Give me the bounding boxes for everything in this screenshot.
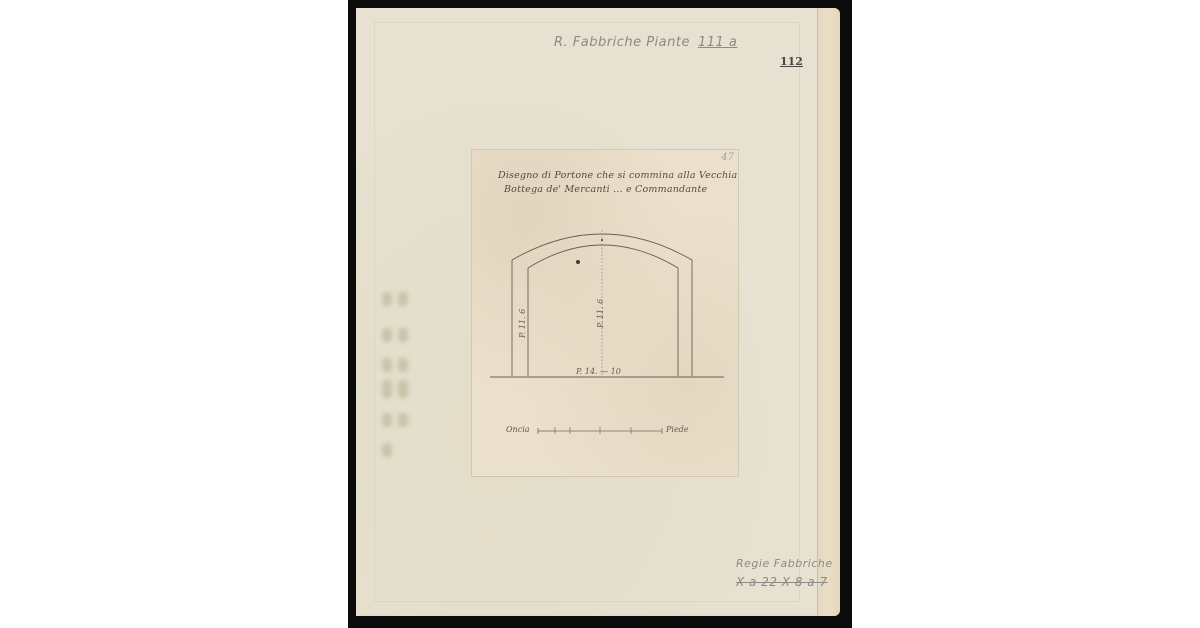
scale-left-label: Oncia xyxy=(506,425,530,434)
archive-note-line-1: Regie Fabbriche xyxy=(736,555,833,573)
mount-edge-strip xyxy=(817,8,840,616)
archive-header-note: R. Fabbriche Piante111 a xyxy=(554,35,737,50)
width-measurement: P. 14. — 10 xyxy=(576,367,621,376)
header-note-number: 111 a xyxy=(698,35,737,50)
drawing-sheet: 47 Disegno di Portone che si commina all… xyxy=(472,150,738,476)
scale-right-label: Piede xyxy=(666,425,689,434)
mount-paper: R. Fabbriche Piante111 a 112 47 Disegno … xyxy=(356,8,840,616)
left-jamb-measurement: P. 11. 6 xyxy=(518,309,527,338)
archive-reference-note: Regie Fabbriche X a 22 X 8 a 7 xyxy=(736,555,833,591)
paper-stains xyxy=(378,288,418,458)
header-note-text: R. Fabbriche Piante xyxy=(554,35,690,50)
archive-note-line-2: X a 22 X 8 a 7 xyxy=(736,573,833,591)
folio-number: 112 xyxy=(780,55,803,68)
center-height-measurement: P. 11. 6 xyxy=(596,299,605,328)
